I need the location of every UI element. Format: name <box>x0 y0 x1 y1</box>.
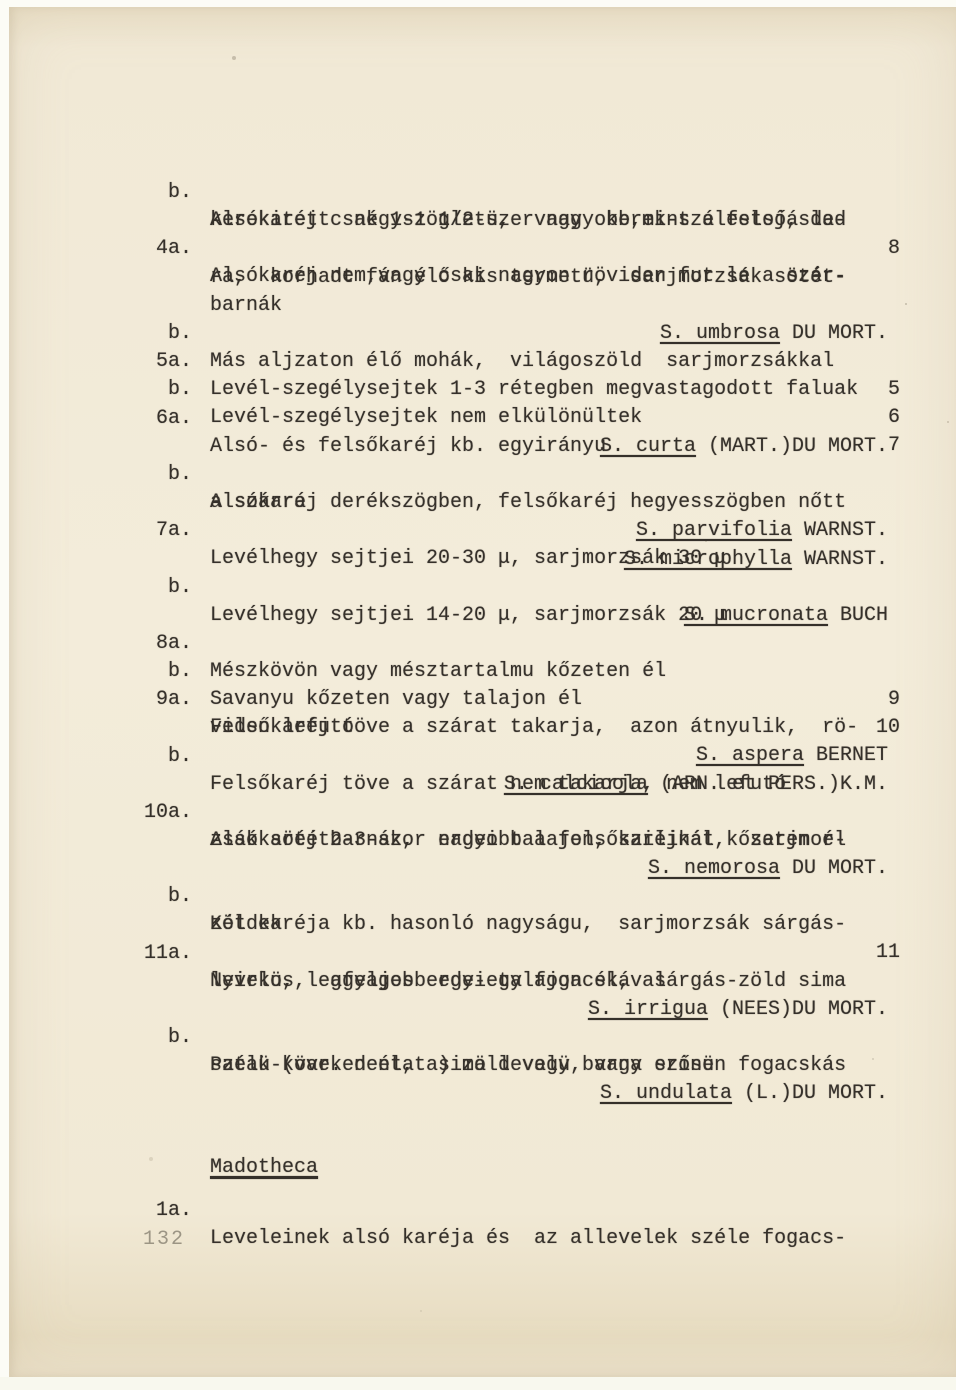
key-row: 7a. Levélhegy sejtjei 20-30 μ, sarjmorzs… <box>0 489 956 517</box>
key-row: b. Savanyu kőzeten vagy talajon él 10 <box>0 630 956 658</box>
key-row: S. irrigua (NEES)DU MORT. <box>0 968 956 996</box>
scan-margin-bottom <box>0 1377 956 1390</box>
key-row: 8a. Mészkövön vagy mésztartalmu kőzeten … <box>0 602 956 630</box>
key-row: S. nemorosa DU MORT. <box>0 827 956 855</box>
key-row: 4a. Alsókaréj nem,vagy csak nagyon rövid… <box>0 207 956 235</box>
key-step-text: Leveleinek alsó karéja és az allevelek s… <box>210 1225 846 1253</box>
key-row: barnák S. umbrosa DU MORT. <box>0 264 956 292</box>
key-row: b. Levél-szegélysejtek nem elkülönültek … <box>0 348 956 376</box>
key-row: b. Alsókaréj csak 1-1 1/2-szer nagyobb,m… <box>0 151 956 179</box>
key-row: a szárra S. parvifolia WARNST. <box>0 461 956 489</box>
key-row: S. curta (MART.)DU MORT. <box>0 405 956 433</box>
species-name: S. undulata <box>600 1082 732 1105</box>
key-row: 1a. Leveleinek alsó karéja és az allevel… <box>0 1169 956 1197</box>
key-step-label: 1a. <box>156 1197 192 1225</box>
species-result: S. undulata (L.)DU MORT. <box>600 1080 888 1108</box>
key-row: b. Más aljzaton élő mohák, világoszöld s… <box>0 292 956 320</box>
key-row: 6a. Alsó- és felsőkaréj kb. egyirányu <box>0 377 956 405</box>
genus-heading-row: Madotheca <box>0 1126 956 1154</box>
key-row: b. Két karéja kb. hasonló nagyságu, sarj… <box>0 855 956 883</box>
key-row: kerekitett négyszögletü, vagy kerek-szél… <box>0 179 956 207</box>
key-row: 10a. Alsókaréj 2-3-szor nagyobb a felsők… <box>0 771 956 799</box>
key-row: 5a. Levél-szegélysejtek 1-3 rétegben meg… <box>0 320 956 348</box>
key-row: zsák sötétbarnák, erdei talajon, sziliká… <box>0 799 956 827</box>
key-row: S. microphylla WARNST. <box>0 518 956 546</box>
key-row: b. Patak-köveken él, sima levelü, vagy e… <box>0 996 956 1024</box>
scan-margin-top <box>0 0 956 7</box>
key-row: S. mucronata BUCH <box>0 574 956 602</box>
scanned-document-page: b. Alsókaréj csak 1-1 1/2-szer nagyobb,m… <box>0 0 956 1390</box>
key-row: 9a. Felsőkaréj töve a szárat takarja, az… <box>0 658 956 686</box>
species-authority: (L.)DU MORT. <box>732 1082 888 1105</box>
key-row: S. undulata (L.)DU MORT. <box>0 1052 956 1080</box>
key-row: ra, korhadt fán élő kis termetü, sarjmor… <box>0 236 956 264</box>
key-row: 11a. Nyirkos, agyagos erdei talajon él, … <box>0 912 956 940</box>
key-row: b. Alsókaréj derékszögben, felsőkaréj he… <box>0 433 956 461</box>
paper-speckles <box>0 0 2 2</box>
key-row: S. calcicola (ARN. et PERS.)K.M. <box>0 743 956 771</box>
key-row: b. Felsőkaréj töve a szárat nem takarja,… <box>0 715 956 743</box>
key-row: szélü (var. dentata) zöld vagy barna szi… <box>0 1024 956 1052</box>
key-row: levelü, legfeljebb egy-egy fogacskával <box>0 940 956 968</box>
key-row: viden lefutó S. aspera BERNET <box>0 686 956 714</box>
key-row: zöldek 11 <box>0 883 956 911</box>
key-row: b. Levélhegy sejtjei 14-20 μ, sarjmorzsá… <box>0 546 956 574</box>
page-number: 132 <box>143 1226 185 1254</box>
